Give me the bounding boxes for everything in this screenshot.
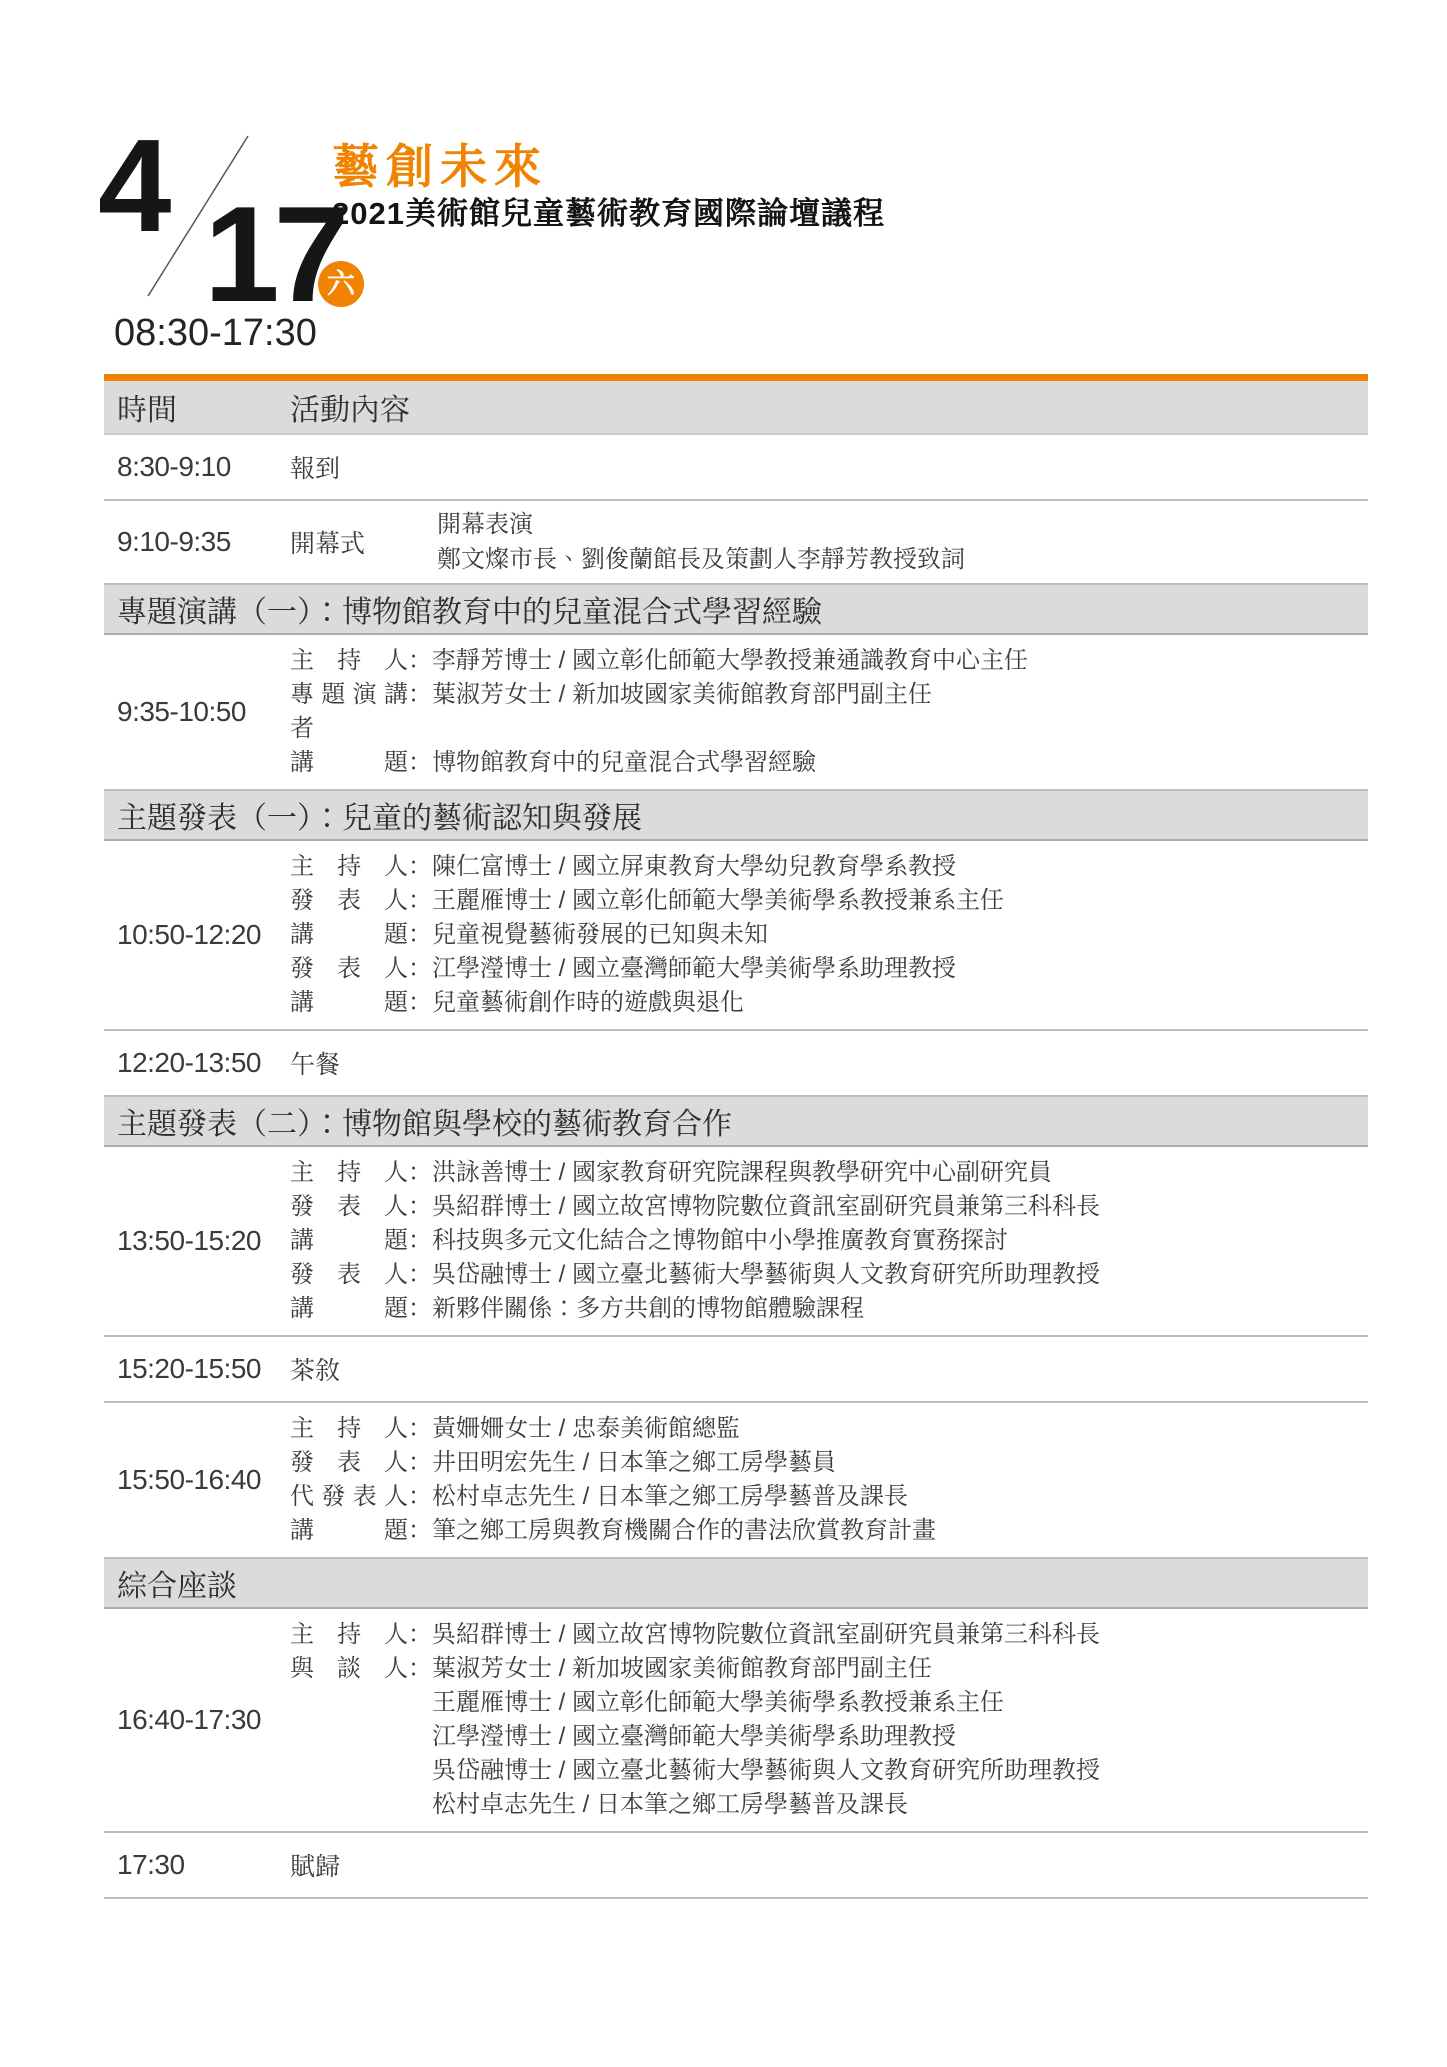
speaker-text: 江學瀅博士 / 國立臺灣師範大學美術學系助理教授 <box>432 1723 956 1750</box>
schedule-body: 8:30-9:10報到9:10-9:35開幕式開幕表演鄭文燦市長、劉俊蘭館長及策… <box>104 435 1368 1899</box>
speaker-lines: 主持人：陳仁富博士 / 國立屏東教育大學幼兒教育學系教授發表人：王麗雁博士 / … <box>290 850 1368 1020</box>
activity-cell: 茶敘 <box>290 1351 340 1387</box>
column-header-time: 時間 <box>104 385 290 429</box>
activity-cell: 開幕式 <box>290 524 437 560</box>
activity-detail-line: 開幕表演 <box>437 507 1368 542</box>
time-cell: 10:50-12:20 <box>104 919 290 951</box>
time-cell: 17:30 <box>104 1849 290 1881</box>
section-title: 主題發表（一）：兒童的藝術認知與發展 <box>117 793 642 837</box>
role-colon: ： <box>408 1190 432 1224</box>
role-colon: ： <box>408 850 432 884</box>
role-colon: ： <box>408 986 432 1020</box>
section-header-row: 主題發表（二）：博物館與學校的藝術教育合作 <box>104 1097 1368 1147</box>
role-colon: ： <box>408 1258 432 1292</box>
activity-cell: 報到 <box>290 449 340 485</box>
speaker-line: 講題：新夥伴關係：多方共創的博物館體驗課程 <box>290 1292 1368 1326</box>
activity-details: 開幕表演鄭文燦市長、劉俊蘭館長及策劃人李靜芳教授致詞 <box>437 507 1368 577</box>
role-colon: ： <box>408 1618 432 1652</box>
speaker-text: 吳岱融博士 / 國立臺北藝術大學藝術與人文教育研究所助理教授 <box>432 1261 1100 1288</box>
speaker-line: 松村卓志先生 / 日本筆之鄉工房學藝普及課長 <box>290 1788 1368 1822</box>
speaker-text: 科技與多元文化結合之博物館中小學推廣教育實務探討 <box>432 1227 1008 1254</box>
speaker-line: 主持人：洪詠善博士 / 國家教育研究院課程與教學研究中心副研究員 <box>290 1156 1368 1190</box>
role-label: 主持人 <box>290 850 408 884</box>
speaker-text: 吳紹群博士 / 國立故宮博物院數位資訊室副研究員兼第三科科長 <box>432 1193 1100 1220</box>
speaker-text: 松村卓志先生 / 日本筆之鄉工房學藝普及課長 <box>432 1483 908 1510</box>
speaker-line: 與談人：葉淑芳女士 / 新加坡國家美術館教育部門副主任 <box>290 1652 1368 1686</box>
accent-bar <box>104 374 1368 381</box>
weekday-badge: 六 <box>318 261 364 307</box>
activity-detail-line: 鄭文燦市長、劉俊蘭館長及策劃人李靜芳教授致詞 <box>437 542 1368 577</box>
speaker-lines: 主持人：黃姍姍女士 / 忠泰美術館總監發表人：井田明宏先生 / 日本筆之鄉工房學… <box>290 1412 1368 1548</box>
event-time-range: 08:30-17:30 <box>114 314 317 352</box>
section-header-row: 主題發表（一）：兒童的藝術認知與發展 <box>104 791 1368 841</box>
role-colon: ： <box>408 644 432 678</box>
speaker-text: 吳岱融博士 / 國立臺北藝術大學藝術與人文教育研究所助理教授 <box>432 1757 1100 1784</box>
speaker-text: 筆之鄉工房與教育機關合作的書法欣賞教育計畫 <box>432 1517 936 1544</box>
speaker-line: 江學瀅博士 / 國立臺灣師範大學美術學系助理教授 <box>290 1720 1368 1754</box>
schedule-row: 9:35-10:50主持人：李靜芳博士 / 國立彰化師範大學教授兼通識教育中心主… <box>104 635 1368 791</box>
role-label: 專題演講者 <box>290 678 408 746</box>
role-label: 主持人 <box>290 644 408 678</box>
role-colon: ： <box>408 1292 432 1326</box>
speaker-text: 葉淑芳女士 / 新加坡國家美術館教育部門副主任 <box>432 1655 932 1682</box>
speaker-text: 洪詠善博士 / 國家教育研究院課程與教學研究中心副研究員 <box>432 1159 1052 1186</box>
speaker-text: 博物館教育中的兒童混合式學習經驗 <box>432 749 816 776</box>
speaker-text: 兒童藝術創作時的遊戲與退化 <box>432 989 744 1016</box>
schedule-row: 13:50-15:20主持人：洪詠善博士 / 國家教育研究院課程與教學研究中心副… <box>104 1147 1368 1337</box>
role-label: 發表人 <box>290 1190 408 1224</box>
role-label: 發表人 <box>290 884 408 918</box>
activity-cell: 午餐 <box>290 1045 340 1081</box>
agenda-page: 4 17 六 08:30-17:30 藝創未來 2021美術館兒童藝術教育國際論… <box>0 0 1447 2067</box>
time-cell: 15:20-15:50 <box>104 1353 290 1385</box>
speaker-text: 王麗雁博士 / 國立彰化師範大學美術學系教授兼系主任 <box>432 1689 1004 1716</box>
speaker-line: 主持人：吳紹群博士 / 國立故宮博物院數位資訊室副研究員兼第三科科長 <box>290 1618 1368 1652</box>
role-label: 主持人 <box>290 1618 408 1652</box>
speaker-line: 專題演講者：葉淑芳女士 / 新加坡國家美術館教育部門副主任 <box>290 678 1368 746</box>
role-colon: ： <box>408 952 432 986</box>
speaker-line: 發表人：江學瀅博士 / 國立臺灣師範大學美術學系助理教授 <box>290 952 1368 986</box>
role-label: 講題 <box>290 1224 408 1258</box>
schedule-row: 15:20-15:50茶敘 <box>104 1337 1368 1403</box>
speaker-text: 李靜芳博士 / 國立彰化師範大學教授兼通識教育中心主任 <box>432 647 1028 674</box>
schedule-row: 9:10-9:35開幕式開幕表演鄭文燦市長、劉俊蘭館長及策劃人李靜芳教授致詞 <box>104 501 1368 585</box>
role-colon: ： <box>408 1412 432 1446</box>
speaker-line: 主持人：陳仁富博士 / 國立屏東教育大學幼兒教育學系教授 <box>290 850 1368 884</box>
speaker-line: 吳岱融博士 / 國立臺北藝術大學藝術與人文教育研究所助理教授 <box>290 1754 1368 1788</box>
role-colon: ： <box>408 1446 432 1480</box>
section-header-row: 專題演講（一）：博物館教育中的兒童混合式學習經驗 <box>104 585 1368 635</box>
speaker-line: 主持人：李靜芳博士 / 國立彰化師範大學教授兼通識教育中心主任 <box>290 644 1368 678</box>
speaker-text: 江學瀅博士 / 國立臺灣師範大學美術學系助理教授 <box>432 955 956 982</box>
role-label: 發表人 <box>290 1258 408 1292</box>
time-cell: 12:20-13:50 <box>104 1047 290 1079</box>
role-colon: ： <box>408 1652 432 1686</box>
time-cell: 9:10-9:35 <box>104 526 290 558</box>
role-label: 與談人 <box>290 1652 408 1686</box>
speaker-lines: 主持人：李靜芳博士 / 國立彰化師範大學教授兼通識教育中心主任專題演講者：葉淑芳… <box>290 644 1368 780</box>
schedule-row: 16:40-17:30主持人：吳紹群博士 / 國立故宮博物院數位資訊室副研究員兼… <box>104 1609 1368 1833</box>
section-title: 專題演講（一）：博物館教育中的兒童混合式學習經驗 <box>117 587 822 631</box>
role-colon: ： <box>408 746 432 780</box>
role-label: 講題 <box>290 1292 408 1326</box>
role-label: 講題 <box>290 986 408 1020</box>
speaker-line: 講題：科技與多元文化結合之博物館中小學推廣教育實務探討 <box>290 1224 1368 1258</box>
role-label: 主持人 <box>290 1412 408 1446</box>
speaker-line: 講題：兒童視覺藝術發展的已知與未知 <box>290 918 1368 952</box>
speaker-line: 代發表人：松村卓志先生 / 日本筆之鄉工房學藝普及課長 <box>290 1480 1368 1514</box>
time-cell: 15:50-16:40 <box>104 1464 290 1496</box>
schedule-table: 時間 活動內容 8:30-9:10報到9:10-9:35開幕式開幕表演鄭文燦市長… <box>104 374 1368 1899</box>
section-title: 綜合座談 <box>117 1561 237 1605</box>
speaker-text: 黃姍姍女士 / 忠泰美術館總監 <box>432 1415 740 1442</box>
role-colon: ： <box>408 678 432 712</box>
speaker-text: 松村卓志先生 / 日本筆之鄉工房學藝普及課長 <box>432 1791 908 1818</box>
role-label: 發表人 <box>290 952 408 986</box>
speaker-line: 發表人：王麗雁博士 / 國立彰化師範大學美術學系教授兼系主任 <box>290 884 1368 918</box>
event-subtitle: 2021美術館兒童藝術教育國際論壇議程 <box>332 197 885 231</box>
role-label: 講題 <box>290 746 408 780</box>
speaker-lines: 主持人：洪詠善博士 / 國家教育研究院課程與教學研究中心副研究員發表人：吳紹群博… <box>290 1156 1368 1326</box>
role-colon: ： <box>408 1480 432 1514</box>
column-header-activity: 活動內容 <box>290 385 410 429</box>
role-colon: ： <box>408 1156 432 1190</box>
schedule-row: 15:50-16:40主持人：黃姍姍女士 / 忠泰美術館總監發表人：井田明宏先生… <box>104 1403 1368 1559</box>
role-label: 主持人 <box>290 1156 408 1190</box>
role-label: 講題 <box>290 1514 408 1548</box>
role-colon: ： <box>408 1224 432 1258</box>
speaker-line: 講題：兒童藝術創作時的遊戲與退化 <box>290 986 1368 1020</box>
schedule-row: 8:30-9:10報到 <box>104 435 1368 501</box>
speaker-text: 王麗雁博士 / 國立彰化師範大學美術學系教授兼系主任 <box>432 887 1004 914</box>
speaker-line: 王麗雁博士 / 國立彰化師範大學美術學系教授兼系主任 <box>290 1686 1368 1720</box>
weekday-label: 六 <box>327 270 355 298</box>
time-cell: 13:50-15:20 <box>104 1225 290 1257</box>
speaker-line: 講題：博物館教育中的兒童混合式學習經驗 <box>290 746 1368 780</box>
role-colon: ： <box>408 884 432 918</box>
schedule-row: 12:20-13:50午餐 <box>104 1031 1368 1097</box>
role-colon: ： <box>408 1514 432 1548</box>
speaker-text: 井田明宏先生 / 日本筆之鄉工房學藝員 <box>432 1449 836 1476</box>
speaker-text: 新夥伴關係：多方共創的博物館體驗課程 <box>432 1295 864 1322</box>
speaker-line: 發表人：吳紹群博士 / 國立故宮博物院數位資訊室副研究員兼第三科科長 <box>290 1190 1368 1224</box>
role-label: 發表人 <box>290 1446 408 1480</box>
schedule-row: 17:30賦歸 <box>104 1833 1368 1899</box>
event-title: 藝創未來 <box>332 143 548 190</box>
speaker-lines: 主持人：吳紹群博士 / 國立故宮博物院數位資訊室副研究員兼第三科科長與談人：葉淑… <box>290 1618 1368 1822</box>
speaker-line: 發表人：井田明宏先生 / 日本筆之鄉工房學藝員 <box>290 1446 1368 1480</box>
section-title: 主題發表（二）：博物館與學校的藝術教育合作 <box>117 1099 732 1143</box>
date-day: 17 <box>204 186 343 322</box>
role-label: 講題 <box>290 918 408 952</box>
role-label: 代發表人 <box>290 1480 408 1514</box>
activity-cell: 賦歸 <box>290 1847 340 1883</box>
section-header-row: 綜合座談 <box>104 1559 1368 1609</box>
time-cell: 16:40-17:30 <box>104 1704 290 1736</box>
speaker-text: 葉淑芳女士 / 新加坡國家美術館教育部門副主任 <box>432 681 932 708</box>
speaker-text: 陳仁富博士 / 國立屏東教育大學幼兒教育學系教授 <box>432 853 956 880</box>
schedule-row: 10:50-12:20主持人：陳仁富博士 / 國立屏東教育大學幼兒教育學系教授發… <box>104 841 1368 1031</box>
role-colon: ： <box>408 918 432 952</box>
time-cell: 8:30-9:10 <box>104 451 290 483</box>
speaker-line: 主持人：黃姍姍女士 / 忠泰美術館總監 <box>290 1412 1368 1446</box>
speaker-text: 兒童視覺藝術發展的已知與未知 <box>432 921 768 948</box>
table-header-row: 時間 活動內容 <box>104 381 1368 435</box>
speaker-text: 吳紹群博士 / 國立故宮博物院數位資訊室副研究員兼第三科科長 <box>432 1621 1100 1648</box>
speaker-line: 發表人：吳岱融博士 / 國立臺北藝術大學藝術與人文教育研究所助理教授 <box>290 1258 1368 1292</box>
time-cell: 9:35-10:50 <box>104 696 290 728</box>
speaker-line: 講題：筆之鄉工房與教育機關合作的書法欣賞教育計畫 <box>290 1514 1368 1548</box>
